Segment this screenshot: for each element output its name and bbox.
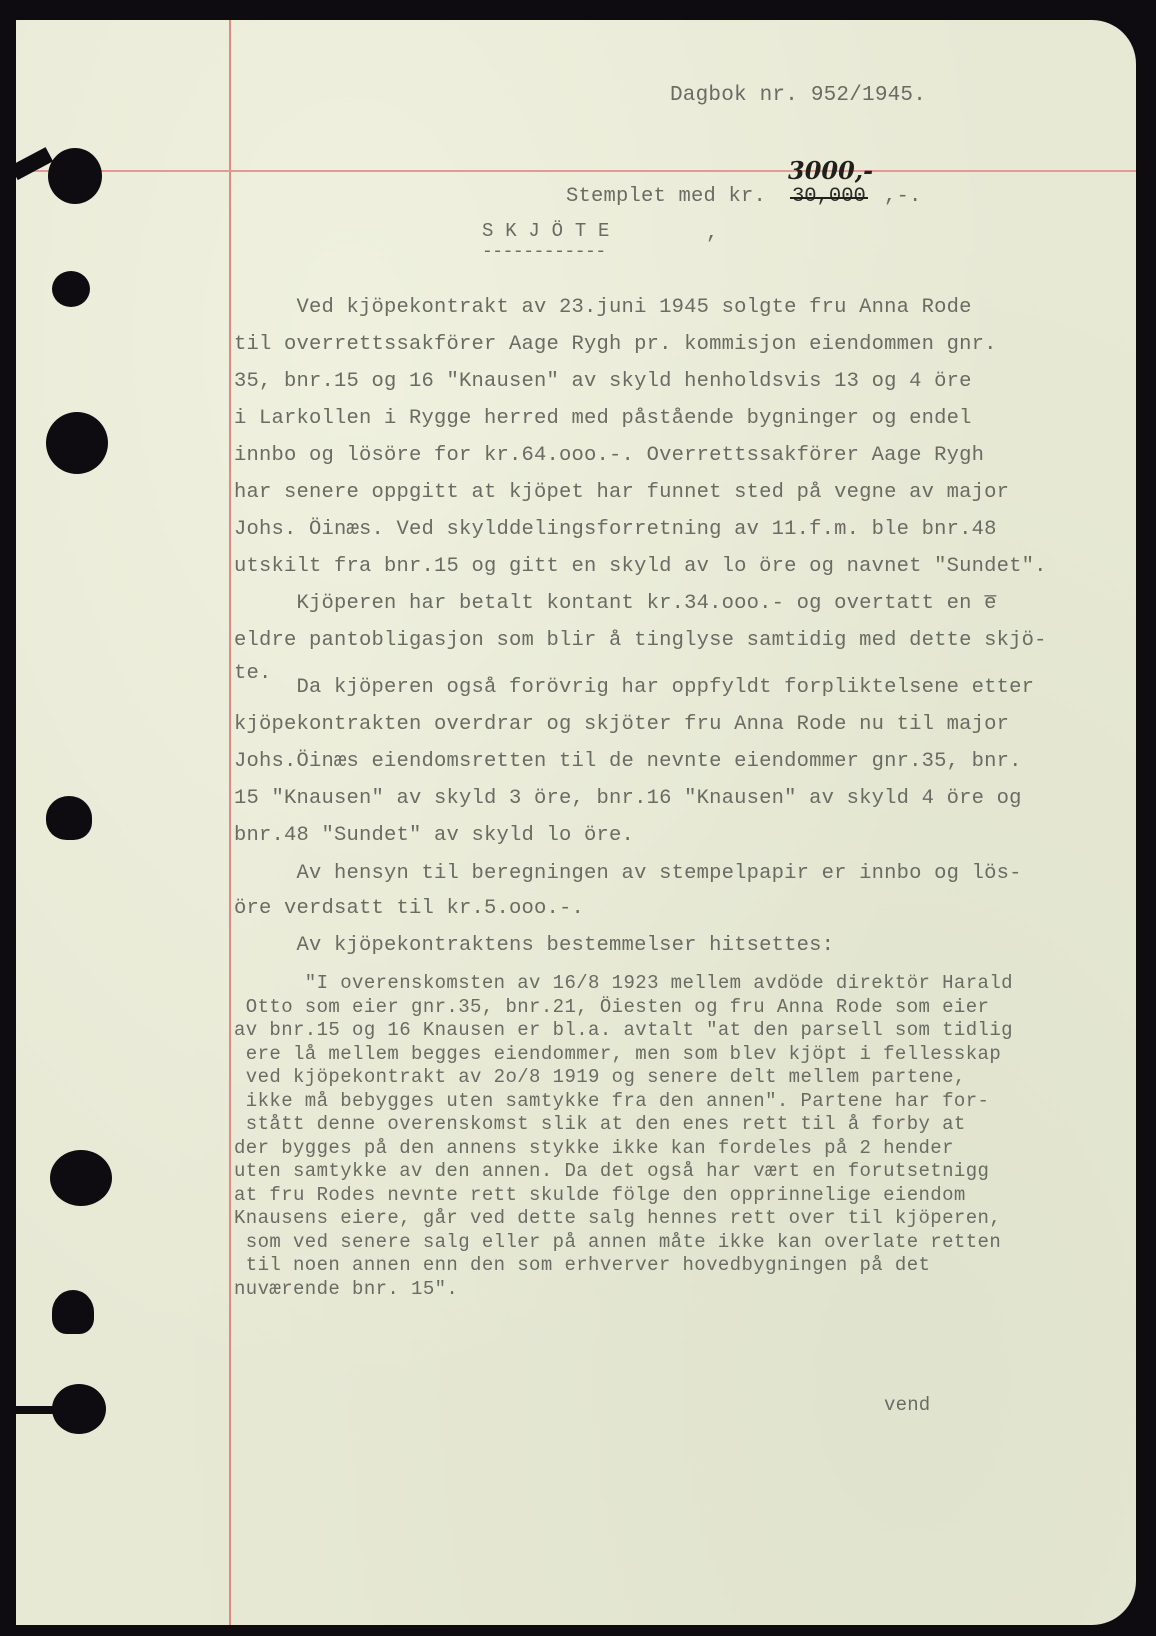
quote-line: av bnr.15 og 16 Knausen er bl.a. avtalt … xyxy=(234,1019,1013,1041)
body-line: utskilt fra bnr.15 og gitt en skyld av l… xyxy=(234,555,1047,578)
body-line: til overrettssakförer Aage Rygh pr. komm… xyxy=(234,333,997,356)
quote-line: Knausens eiere, går ved dette salg henne… xyxy=(234,1207,1001,1229)
body-line: öre verdsatt til kr.5.ooo.-. xyxy=(234,897,584,920)
body-line: 15 "Knausen" av skyld 3 öre, bnr.16 "Kna… xyxy=(234,787,1022,810)
punch-hole-tear xyxy=(10,147,53,180)
margin-rule-vertical xyxy=(229,20,231,1625)
quote-line: "I overenskomsten av 16/8 1923 mellem av… xyxy=(234,972,1013,994)
punch-hole-tear xyxy=(16,1406,56,1414)
punch-hole-icon xyxy=(52,1290,94,1334)
stamp-label: Stemplet med kr. xyxy=(566,185,766,208)
quote-line: stått denne overenskomst slik at den ene… xyxy=(234,1113,966,1135)
punch-hole-icon xyxy=(46,412,108,474)
quote-line: nuværende bnr. 15". xyxy=(234,1278,458,1300)
body-line: 35, bnr.15 og 16 "Knausen" av skyld henh… xyxy=(234,370,972,393)
punch-hole-icon xyxy=(50,1150,112,1206)
quote-line: ved kjöpekontrakt av 2o/8 1919 og senere… xyxy=(234,1066,966,1088)
journal-number: Dagbok nr. 952/1945. xyxy=(670,84,926,107)
stamp-handwritten-amount: 3000,- xyxy=(788,156,873,185)
quote-line: som ved senere salg eller på annen måte … xyxy=(234,1231,1001,1253)
body-line: eldre pantobligasjon som blir å tinglyse… xyxy=(234,629,1047,652)
punch-hole-icon xyxy=(46,796,92,840)
punch-hole-icon xyxy=(52,1384,106,1434)
quote-line: til noen annen enn den som erhverver hov… xyxy=(234,1254,930,1276)
body-line: Johs. Öinæs. Ved skylddelingsforretning … xyxy=(234,518,997,541)
margin-rule-horizontal xyxy=(16,170,1136,172)
body-line: innbo og lösöre for kr.64.ooo.-. Overret… xyxy=(234,444,984,467)
stamp-suffix: ,-. xyxy=(884,185,922,208)
body-line: bnr.48 "Sundet" av skyld lo öre. xyxy=(234,824,634,847)
document-page: Dagbok nr. 952/1945. Stemplet med kr. 30… xyxy=(16,20,1136,1625)
quote-line: at fru Rodes nevnte rett skulde fölge de… xyxy=(234,1184,966,1206)
document-title: S K J Ö T E xyxy=(482,220,610,242)
body-line: i Larkollen i Rygge herred med påstående… xyxy=(234,407,972,430)
body-line: Av hensyn til beregningen av stempelpapi… xyxy=(234,862,1022,885)
body-line: Av kjöpekontraktens bestemmelser hitsett… xyxy=(234,934,834,957)
quote-line: Otto som eier gnr.35, bnr.21, Öiesten og… xyxy=(234,996,989,1018)
quote-line: der bygges på den annens stykke ikke kan… xyxy=(234,1137,954,1159)
turn-page-note: vend xyxy=(884,1394,930,1416)
punch-hole-icon xyxy=(52,271,90,307)
title-mark: , xyxy=(706,222,719,245)
stamp-struck-amount: 30,000 xyxy=(792,185,866,208)
body-line: kjöpekontrakten overdrar og skjöter fru … xyxy=(234,713,1009,736)
punch-hole-icon xyxy=(48,148,102,204)
body-line: Da kjöperen også forövrig har oppfyldt f… xyxy=(234,676,1034,699)
body-line: Kjöperen har betalt kontant kr.34.ooo.- … xyxy=(234,592,997,615)
quote-line: uten samtykke av den annen. Da det også … xyxy=(234,1160,989,1182)
quote-line: ikke må bebygges uten samtykke fra den a… xyxy=(234,1090,989,1112)
quote-line: ere lå mellem begges eiendommer, men som… xyxy=(234,1043,1001,1065)
body-line: har senere oppgitt at kjöpet har funnet … xyxy=(234,481,1009,504)
body-line: Johs.Öinæs eiendomsretten til de nevnte … xyxy=(234,750,1022,773)
body-line: Ved kjöpekontrakt av 23.juni 1945 solgte… xyxy=(234,296,972,319)
title-underline: ------------ xyxy=(482,242,606,262)
